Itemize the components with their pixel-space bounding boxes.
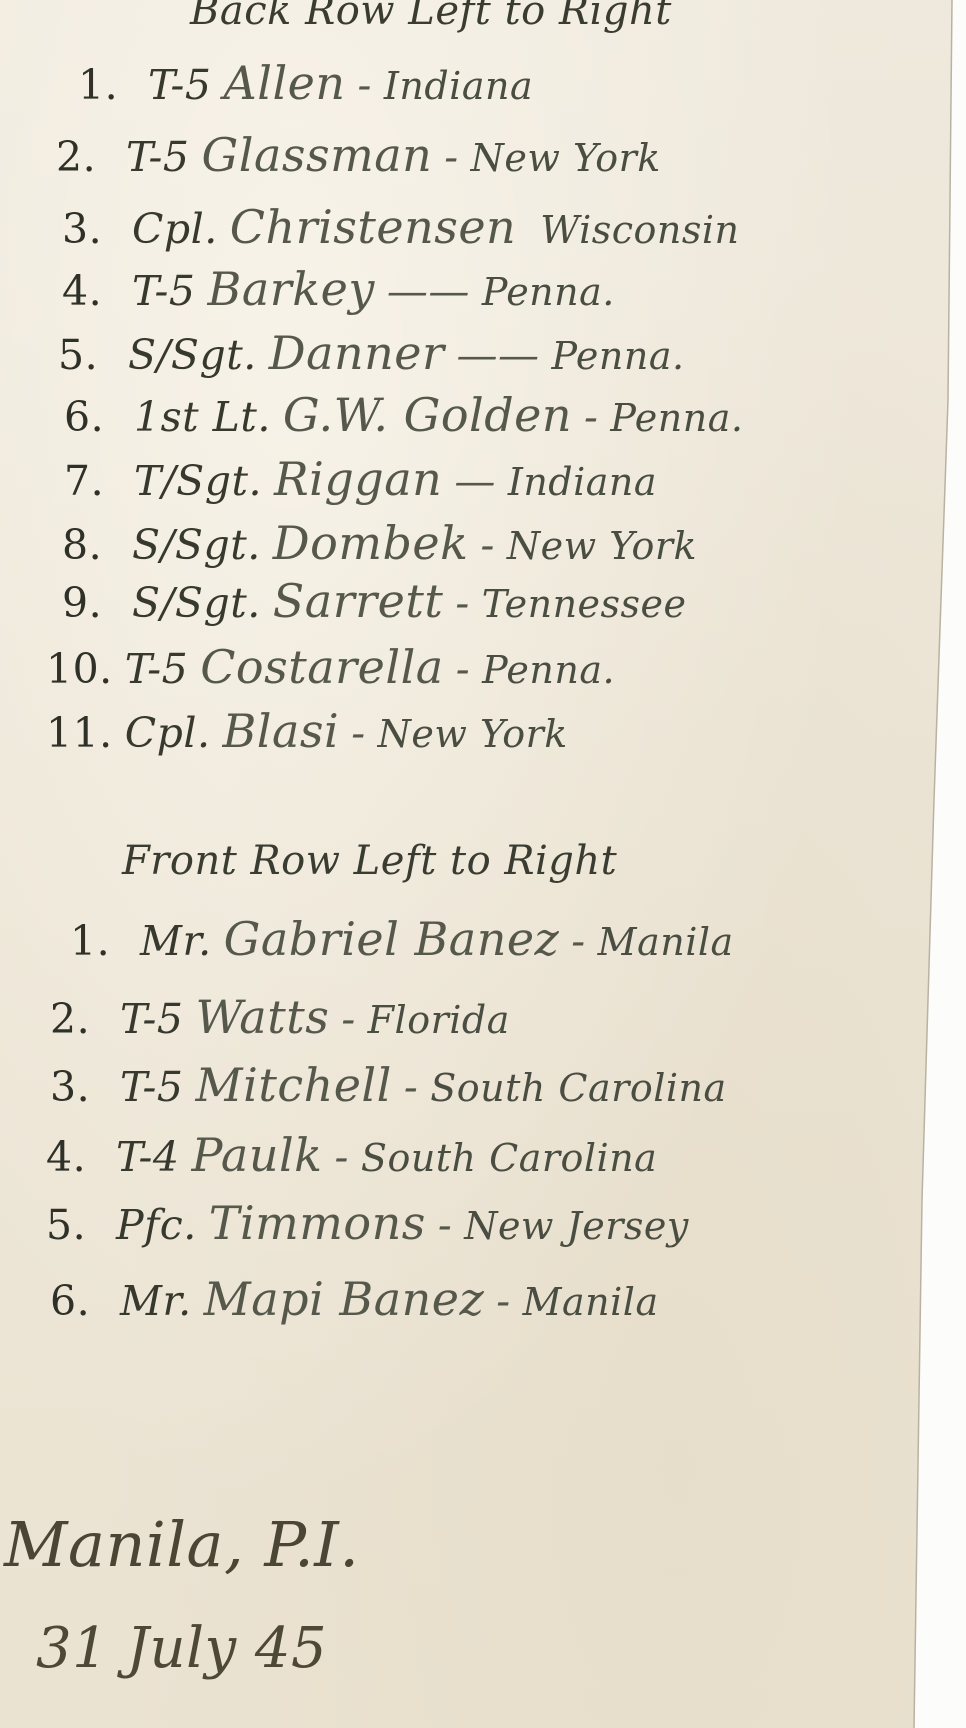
- entry-rank: T-5: [120, 1063, 184, 1111]
- entry-number: 1.: [78, 61, 136, 109]
- entry-state: New York: [378, 712, 568, 756]
- entry-number: 11.: [46, 709, 113, 757]
- entry-number: 9.: [62, 579, 120, 627]
- entry-name: Glassman: [202, 128, 433, 182]
- entry-state: Florida: [368, 998, 510, 1042]
- entry-number: 7.: [64, 457, 122, 505]
- entry-rank: Mr.: [140, 917, 212, 965]
- entry-separator: -: [358, 61, 372, 109]
- entry-rank: Cpl.: [132, 205, 218, 253]
- footer-date: 31 July 45: [36, 1616, 327, 1681]
- entry-number: 1.: [70, 917, 128, 965]
- entry-state: Indiana: [384, 64, 533, 108]
- entry-name: Danner: [269, 326, 445, 380]
- back-row-entry: 5. S/Sgt. Danner —— Penna.: [58, 326, 685, 380]
- front-row-entry: 1. Mr. Gabriel Banez - Manila: [70, 912, 734, 966]
- entry-rank: T-5: [132, 267, 196, 315]
- front-row-entry: 6. Mr. Mapi Banez - Manila: [50, 1272, 659, 1326]
- entry-name: Christensen: [230, 200, 516, 254]
- entry-name: Barkey: [208, 262, 375, 316]
- entry-separator: -: [456, 645, 470, 693]
- entry-rank: T-5: [125, 645, 189, 693]
- entry-name: Paulk: [192, 1128, 323, 1182]
- entry-separator: -: [455, 579, 469, 627]
- entry-number: 3.: [50, 1063, 108, 1111]
- back-row-entry: 8. S/Sgt. Dombek - New York: [62, 516, 697, 570]
- entry-rank: Mr.: [120, 1277, 192, 1325]
- entry-rank: T-5: [120, 995, 184, 1043]
- front-row-entry: 2. T-5 Watts - Florida: [50, 990, 510, 1044]
- entry-separator: -: [404, 1063, 418, 1111]
- entry-number: 5.: [58, 331, 116, 379]
- entry-name: Timmons: [209, 1196, 426, 1250]
- entry-separator: —: [454, 457, 496, 505]
- entry-separator: -: [341, 995, 355, 1043]
- entry-number: 4.: [62, 267, 120, 315]
- entry-separator: -: [335, 1133, 349, 1181]
- entry-state: South Carolina: [430, 1066, 726, 1110]
- entry-separator: ——: [457, 331, 540, 379]
- back-row-entry: 4. T-5 Barkey —— Penna.: [62, 262, 615, 316]
- entry-rank: Pfc.: [116, 1201, 197, 1249]
- entry-name: G.W. Golden: [283, 388, 572, 442]
- entry-rank: 1st Lt.: [134, 393, 271, 441]
- entry-separator: -: [571, 917, 585, 965]
- entry-state: Wisconsin: [540, 208, 739, 252]
- entry-name: Mapi Banez: [204, 1272, 485, 1326]
- entry-state: New York: [471, 136, 661, 180]
- footer-place: Manila, P.I.: [4, 1508, 359, 1581]
- entry-rank: S/Sgt.: [128, 331, 257, 379]
- entry-number: 6.: [50, 1277, 108, 1325]
- entry-state: South Carolina: [361, 1136, 657, 1180]
- entry-state: Manila: [598, 920, 734, 964]
- entry-name: Blasi: [222, 704, 339, 758]
- entry-number: 10.: [46, 645, 113, 693]
- entry-state: Penna.: [552, 334, 685, 378]
- entry-separator: -: [351, 709, 365, 757]
- entry-rank: T/Sgt.: [134, 457, 262, 505]
- entry-state: Penna.: [482, 648, 615, 692]
- front-row-heading: Front Row Left to Right: [122, 838, 617, 884]
- entry-name: Dombek: [273, 516, 469, 570]
- entry-number: 2.: [56, 133, 114, 181]
- entry-state: Tennessee: [482, 582, 687, 626]
- entry-rank: T-5: [148, 61, 212, 109]
- entry-number: 5.: [46, 1201, 104, 1249]
- entry-number: 3.: [62, 205, 120, 253]
- entry-rank: T-4: [116, 1133, 180, 1181]
- entry-rank: Cpl.: [125, 709, 211, 757]
- entry-separator: -: [438, 1201, 452, 1249]
- entry-rank: T-5: [126, 133, 190, 181]
- entry-state: New York: [507, 524, 697, 568]
- entry-number: 4.: [46, 1133, 104, 1181]
- entry-name: Watts: [196, 990, 330, 1044]
- entry-number: 2.: [50, 995, 108, 1043]
- entry-name: Mitchell: [196, 1058, 392, 1112]
- entry-separator: -: [481, 521, 495, 569]
- back-row-heading: Back Row Left to Right: [190, 0, 672, 34]
- entry-name: Riggan: [274, 452, 442, 506]
- entry-state: Indiana: [508, 460, 657, 504]
- front-row-entry: 5. Pfc. Timmons - New Jersey: [46, 1196, 689, 1250]
- back-row-entry: 9. S/Sgt. Sarrett - Tennessee: [62, 574, 687, 628]
- entry-name: Sarrett: [273, 574, 444, 628]
- document-scan: Back Row Left to Right 1. T-5 Allen - In…: [0, 0, 966, 1728]
- back-row-entry: 6. 1st Lt. G.W. Golden - Penna.: [64, 388, 743, 442]
- entry-separator: -: [496, 1277, 510, 1325]
- entry-state: Manila: [523, 1280, 659, 1324]
- entry-separator: ——: [387, 267, 470, 315]
- entry-state: New Jersey: [464, 1204, 689, 1248]
- entry-name: Allen: [224, 56, 346, 110]
- back-row-entry: 10. T-5 Costarella - Penna.: [46, 640, 615, 694]
- back-row-entry: 2. T-5 Glassman - New York: [56, 128, 661, 182]
- entry-separator: -: [584, 393, 598, 441]
- back-row-entry: 1. T-5 Allen - Indiana: [78, 56, 533, 110]
- front-row-entry: 4. T-4 Paulk - South Carolina: [46, 1128, 657, 1182]
- back-row-entry: 7. T/Sgt. Riggan — Indiana: [64, 452, 657, 506]
- front-row-entry: 3. T-5 Mitchell - South Carolina: [50, 1058, 727, 1112]
- entry-separator: -: [444, 133, 458, 181]
- entry-name: Gabriel Banez: [224, 912, 560, 966]
- back-row-entry: 11. Cpl. Blasi - New York: [46, 704, 568, 758]
- entry-state: Penna.: [482, 270, 615, 314]
- entry-name: Costarella: [200, 640, 443, 694]
- entry-state: Penna.: [610, 396, 743, 440]
- back-row-entry: 3. Cpl. Christensen Wisconsin: [62, 200, 740, 254]
- entry-rank: S/Sgt.: [132, 579, 261, 627]
- entry-number: 6.: [64, 393, 122, 441]
- entry-number: 8.: [62, 521, 120, 569]
- entry-rank: S/Sgt.: [132, 521, 261, 569]
